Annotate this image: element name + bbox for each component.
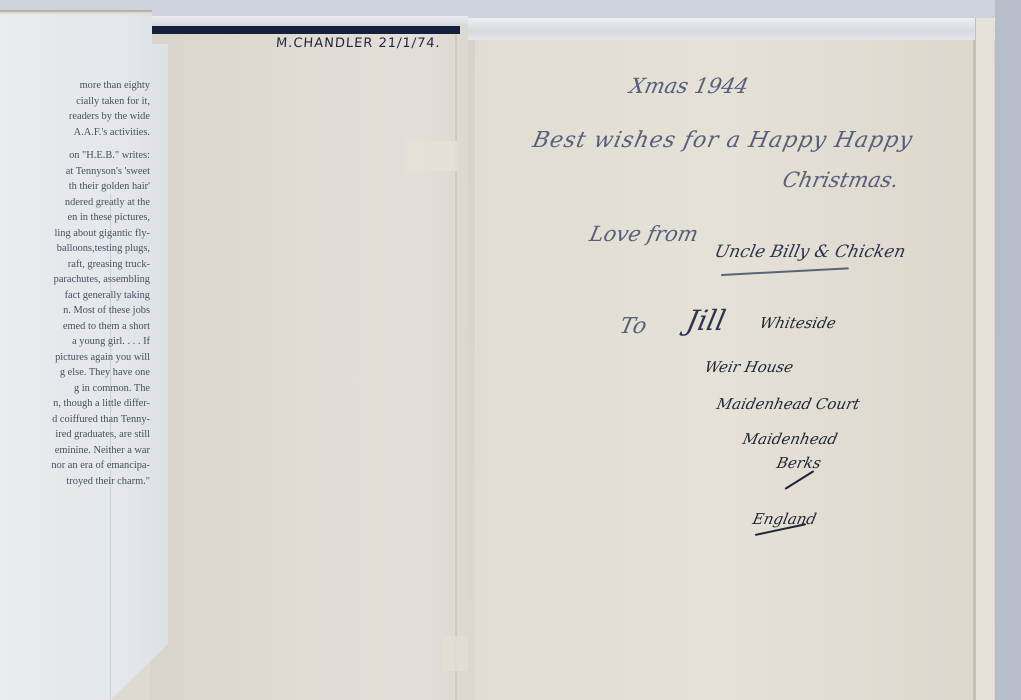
book-photo: M.CHANDLER 21/1/74. Xmas 1944 Best wishe… [0, 0, 1021, 700]
right-endpaper: Xmas 1944 Best wishes for a Happy Happy … [475, 40, 975, 700]
inscription-wishes-line1: Best wishes for a Happy Happy [530, 128, 915, 153]
flap-line: nor an era of emancipa- [0, 458, 150, 474]
address-line-4: Berks [775, 454, 823, 472]
flap-line: A.A.F.'s activities. [0, 125, 150, 141]
dust-jacket-flap: more than eighty cially taken for it, re… [0, 14, 168, 700]
flap-line: ling about gigantic fly- [0, 226, 150, 242]
flap-line: g in common. The [0, 381, 150, 397]
flap-line: troyed their charm." [0, 474, 150, 490]
left-endpaper: M.CHANDLER 21/1/74. [150, 26, 468, 700]
inscription-date: Xmas 1944 [627, 74, 750, 98]
flap-line: raft, greasing truck- [0, 257, 150, 273]
flap-line: fact generally taking [0, 288, 150, 304]
address-line-3: Maidenhead [741, 430, 839, 448]
flap-line: g else. They have one [0, 365, 150, 381]
inscription-wishes-line2: Christmas. [780, 168, 901, 192]
flap-line: cially taken for it, [0, 94, 150, 110]
inscription-to: To [617, 314, 649, 339]
background-surface [995, 0, 1021, 700]
address-line-1: Weir House [703, 358, 795, 376]
flap-line: ndered greatly at the [0, 195, 150, 211]
flap-line: ired graduates, are still [0, 427, 150, 443]
address-line-5: England [751, 510, 818, 528]
flap-line: readers by the wide [0, 109, 150, 125]
flap-line: at Tennyson's 'sweet [0, 164, 150, 180]
flap-line: parachutes, assembling [0, 272, 150, 288]
recipient-last-name: Whiteside [758, 314, 838, 332]
tape-mark [405, 141, 457, 171]
jacket-top-band [150, 26, 460, 34]
flap-line: pictures again you will [0, 350, 150, 366]
recipient-first-name: Jill [683, 304, 728, 337]
flap-line: a young girl. . . . If [0, 334, 150, 350]
flap-line: eminine. Neither a war [0, 443, 150, 459]
jacket-flap-text: more than eighty cially taken for it, re… [0, 78, 150, 489]
flap-line: n. Most of these jobs [0, 303, 150, 319]
flap-line: balloons,testing plugs, [0, 241, 150, 257]
clear-protector-edge [468, 18, 995, 40]
gutter-line [455, 34, 457, 700]
page-margin-frame [975, 18, 994, 700]
flap-line: emed to them a short [0, 319, 150, 335]
inscription-love-from: Love from [587, 222, 700, 246]
berks-flourish [784, 470, 814, 490]
owner-inscription: M.CHANDLER 21/1/74. [275, 36, 441, 51]
flap-line: en in these pictures, [0, 210, 150, 226]
inscription-signers: Uncle Billy & Chicken [713, 242, 908, 262]
flap-line: more than eighty [0, 78, 150, 94]
flap-line: on "H.E.B." writes: [0, 148, 150, 164]
flap-line: d coiffured than Tenny- [0, 412, 150, 428]
address-line-2: Maidenhead Court [715, 395, 861, 413]
flap-line: n, though a little differ- [0, 396, 150, 412]
flap-line: th their golden hair' [0, 179, 150, 195]
signers-underline [721, 267, 849, 276]
clear-protector-edge [150, 16, 468, 26]
